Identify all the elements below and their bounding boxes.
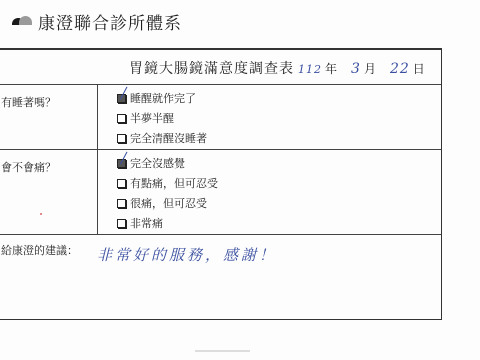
ink-speck	[40, 213, 42, 215]
option-sleep-2[interactable]: 半夢半醒	[117, 110, 207, 126]
suggestion-handwritten-text[interactable]: 非常好的服務，感謝！	[97, 244, 277, 265]
option-label: 睡醒就作完了	[130, 90, 196, 106]
option-sleep-1[interactable]: 睡醒就作完了	[117, 90, 207, 106]
satisfaction-survey-form: 胃鏡大腸鏡滿意度調查表 112 年 3 月 22 日 有睡著嗎？ 睡醒就作完了 …	[0, 48, 442, 320]
option-label: 半夢半醒	[130, 110, 174, 126]
clinic-name: 康澄聯合診所體系	[38, 9, 182, 34]
date-month-value[interactable]: 3	[351, 61, 361, 77]
option-label: 很痛，但可忍受	[130, 195, 207, 211]
question-label-pain: 會不會痛？	[1, 159, 56, 175]
option-label: 非常痛	[130, 215, 163, 231]
logo-light-shape	[19, 16, 32, 25]
scan-smudge	[195, 350, 250, 352]
checkbox-checked-icon[interactable]	[117, 159, 126, 168]
options-pain: 完全沒感覺 有點痛，但可忍受 很痛，但可忍受 非常痛	[117, 155, 218, 231]
suggestion-label: 給康澄的建議：	[1, 242, 78, 258]
survey-title-line: 胃鏡大腸鏡滿意度調查表 112 年 3 月 22 日	[129, 58, 426, 78]
checkbox-checked-icon[interactable]	[117, 94, 126, 103]
date-month-unit: 月	[364, 60, 377, 77]
option-sleep-3[interactable]: 完全清醒沒睡著	[117, 130, 207, 146]
clinic-logo-icon	[12, 15, 32, 27]
date-day-unit: 日	[413, 60, 426, 77]
survey-date[interactable]: 112 年 3 月 22 日	[298, 60, 426, 77]
option-pain-2[interactable]: 有點痛，但可忍受	[117, 175, 218, 191]
question-row-pain: 會不會痛？ 完全沒感覺 有點痛，但可忍受 很痛，但可忍受 非常痛	[0, 149, 441, 235]
option-pain-4[interactable]: 非常痛	[117, 215, 218, 231]
form-header-row: 胃鏡大腸鏡滿意度調查表 112 年 3 月 22 日	[0, 50, 441, 85]
checkbox-icon[interactable]	[117, 134, 126, 143]
options-sleep: 睡醒就作完了 半夢半醒 完全清醒沒睡著	[117, 90, 207, 146]
column-divider	[97, 149, 98, 234]
date-day-value[interactable]: 22	[390, 61, 410, 77]
option-label: 完全沒感覺	[130, 155, 185, 171]
option-pain-1[interactable]: 完全沒感覺	[117, 155, 218, 171]
clinic-brand-header: 康澄聯合診所體系	[12, 10, 182, 32]
checkbox-icon[interactable]	[117, 219, 126, 228]
option-label: 完全清醒沒睡著	[130, 130, 207, 146]
date-year-value[interactable]: 112	[298, 63, 322, 76]
column-divider	[97, 84, 98, 149]
checkbox-icon[interactable]	[117, 199, 126, 208]
suggestion-row: 給康澄的建議： 非常好的服務，感謝！	[0, 234, 441, 320]
checkbox-icon[interactable]	[117, 114, 126, 123]
option-pain-3[interactable]: 很痛，但可忍受	[117, 195, 218, 211]
question-label-sleep: 有睡著嗎？	[1, 94, 56, 110]
checkbox-icon[interactable]	[117, 179, 126, 188]
survey-title: 胃鏡大腸鏡滿意度調查表	[129, 58, 294, 78]
date-year-unit: 年	[325, 60, 338, 77]
question-row-sleep: 有睡著嗎？ 睡醒就作完了 半夢半醒 完全清醒沒睡著	[0, 84, 441, 150]
option-label: 有點痛，但可忍受	[130, 175, 218, 191]
